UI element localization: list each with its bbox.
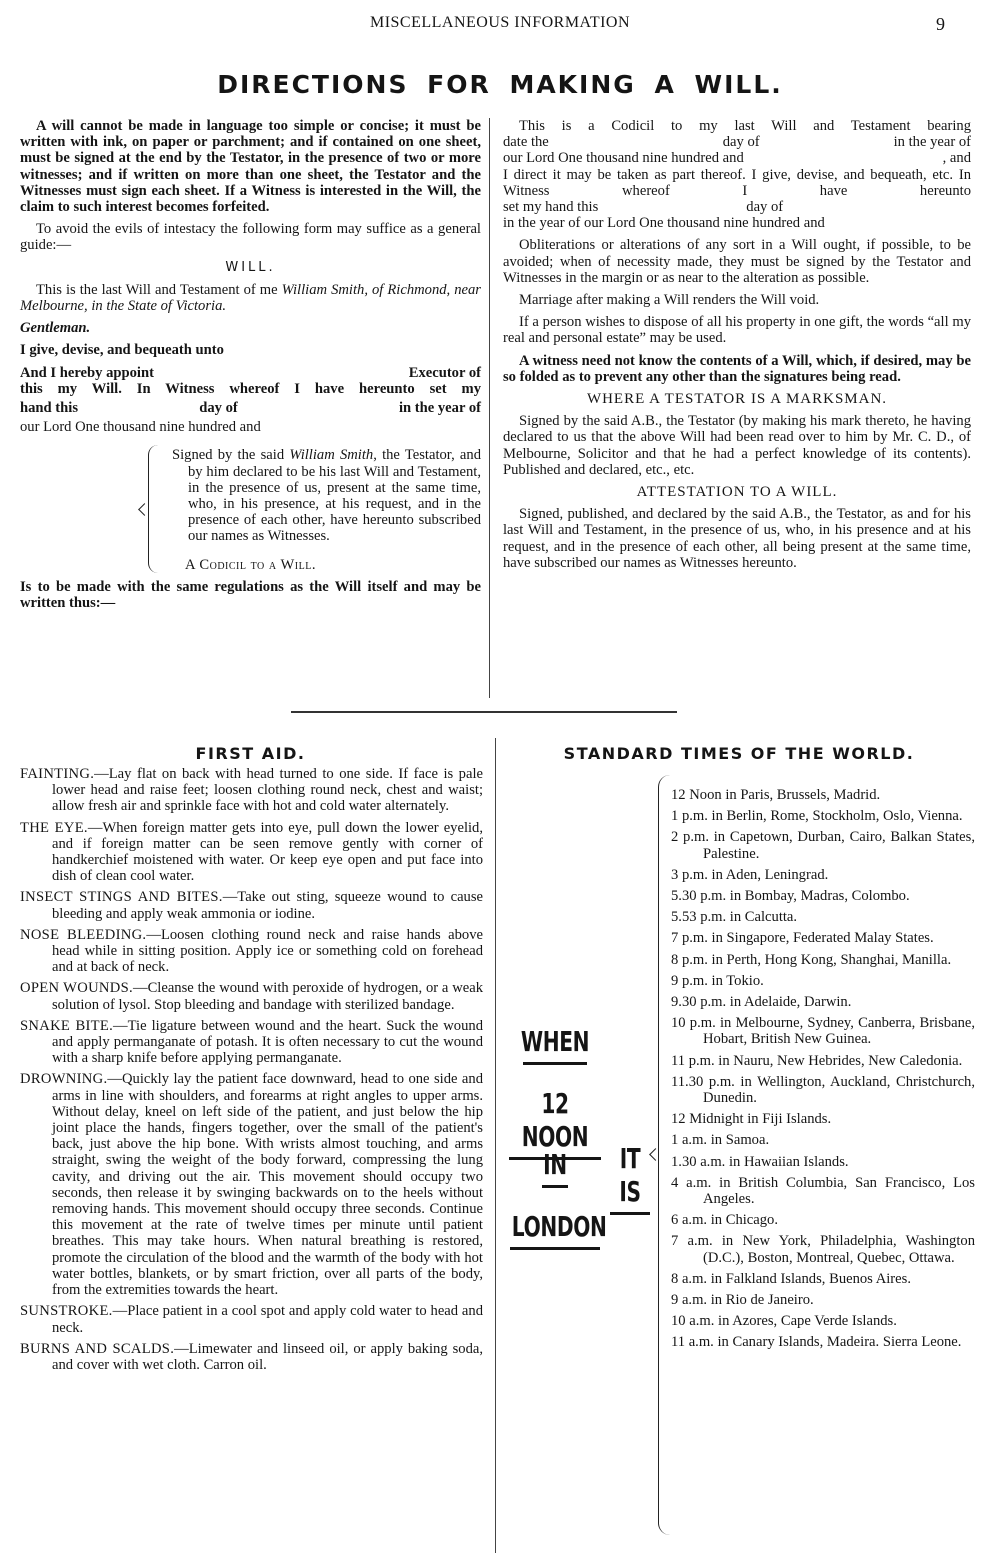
standard-time-entry: 1.30 a.m. in Hawaiian Islands. [671,1154,975,1170]
first-aid-entry-label: SUNSTROKE. [20,1303,113,1319]
running-head: MISCELLANEOUS INFORMATION [0,14,1000,32]
will-year-line: our Lord One thousand nine hundred and [20,419,481,435]
first-aid-entry-label: OPEN WOUNDS. [20,980,133,996]
standard-time-entry: 3 p.m. in Aden, Leningrad. [671,867,975,883]
codicil-date-b: day of [723,134,760,150]
lead-word-text: IN [512,1148,598,1181]
underline-rule [523,1062,587,1065]
codicil-year-line: our Lord One thousand nine hundred and ,… [503,150,971,166]
attestation-heading: ATTESTATION TO A WILL. [503,484,971,500]
it-is-text: IT IS [608,1142,651,1208]
will-section-title: DIRECTIONS FOR MAKING A WILL. [0,70,1000,99]
will-occupation: Gentleman. [20,320,481,336]
signed-plain-1: Signed by the said [172,447,289,463]
day-of-text: day of [199,400,238,416]
will-left-column: A will cannot be made in language too si… [20,118,481,617]
codicil-intro: Is to be made with the same regulations … [20,579,481,611]
standard-time-entry: 5.53 p.m. in Calcutta. [671,909,975,925]
standard-time-entry: 7 a.m. in New York, Philadelphia, Washin… [671,1233,975,1265]
first-aid-entry: SNAKE BITE.—Tie ligature between wound a… [20,1018,483,1067]
will-bequeath-line: I give, devise, and bequeath unto [20,342,481,358]
will-witness-line: this my Will. In Witness whereof I have … [20,381,481,397]
lead-word-text: 12 NOON [512,1087,598,1153]
section-divider-rule [291,711,677,713]
occupation-italic: Gentleman. [20,320,90,336]
appoint-left-text: And I hereby appoint [20,365,154,381]
first-aid-entry-label: SNAKE BITE. [20,1018,113,1034]
underline-rule [542,1185,568,1188]
codicil-form: This is a Codicil to my last Will and Te… [503,118,971,231]
standard-time-entry: 10 p.m. in Melbourne, Sydney, Canberra, … [671,1015,975,1047]
appoint-right-text: Executor of [409,365,481,381]
standard-time-entry: 4 a.m. in British Columbia, San Francisc… [671,1175,975,1207]
first-aid-entry-text: —Lay flat on back with head turned to on… [52,766,483,814]
standard-time-entry: 8 p.m. in Perth, Hong Kong, Shanghai, Ma… [671,952,975,968]
codicil-hand-b: day of [746,199,783,215]
first-aid-entry-label: DROWNING. [20,1071,107,1087]
will-form-opening-plain: This is the last Will and Testament of m… [36,282,282,298]
first-aid-title: FIRST AID. [20,744,481,763]
will-intro-paragraph: A will cannot be made in language too si… [20,118,481,215]
hand-this-text: hand this [20,400,78,416]
signature-attestation-text: Signed by the said William Smith, the Te… [172,447,481,544]
first-aid-entry: OPEN WOUNDS.—Cleanse the wound with pero… [20,980,483,1012]
first-aid-entry: BURNS AND SCALDS.—Limewater and linseed … [20,1341,483,1373]
standard-time-entry: 11 p.m. in Nauru, New Hebrides, New Cale… [671,1053,975,1069]
lead-word-text: WHEN [512,1025,598,1058]
year-of-text: in the year of [399,400,481,416]
will-appoint-block: And I hereby appoint Executor of this my… [20,365,481,436]
codicil-hand-a: set my hand this [503,199,598,215]
standard-time-entry: 9 a.m. in Rio de Janeiro. [671,1292,975,1308]
standard-time-entry: 5.30 p.m. in Bombay, Madras, Colombo. [671,888,975,904]
codicil-year-a: our Lord One thousand nine hundred and [503,150,744,166]
underline-rule [610,1212,650,1215]
first-aid-entry-label: FAINTING. [20,766,94,782]
standard-time-entry: 1 a.m. in Samoa. [671,1132,975,1148]
standard-time-entry: 10 a.m. in Azores, Cape Verde Islands. [671,1313,975,1329]
standard-time-entry: 9.30 p.m. in Adelaide, Darwin. [671,994,975,1010]
first-aid-entry-label: BURNS AND SCALDS. [20,1341,174,1357]
signed-name-italic: William Smith [289,447,373,463]
marriage-paragraph: Marriage after making a Will renders the… [503,292,971,308]
first-aid-entry-label: INSECT STINGS AND BITES. [20,889,223,905]
will-form-heading: WILL. [20,260,481,276]
first-aid-entry: THE EYE.—When foreign matter gets into e… [20,820,483,885]
lead-word-london: LONDON [495,1210,615,1250]
codicil-form-rest: I direct it may be taken as part thereof… [503,167,971,199]
underline-rule [510,1247,600,1250]
standard-time-entry: 7 p.m. in Singapore, Federated Malay Sta… [671,930,975,946]
standard-time-entry: 2 p.m. in Capetown, Durban, Cairo, Balka… [671,829,975,861]
codicil-date-line: date the day of in the year of [503,134,971,150]
codicil-final-line: in the year of our Lord One thousand nin… [503,215,971,231]
lead-word-when: WHEN [495,1025,615,1065]
lead-word-in: IN [495,1148,615,1188]
lead-word-text: LONDON [512,1210,598,1243]
codicil-date-c: in the year of [894,134,971,150]
will-hand-line: hand this day of in the year of [20,400,481,416]
marksman-heading: WHERE A TESTATOR IS A MARKSMAN. [503,391,971,407]
first-aid-entry-text: —Place patient in a cool spot and apply … [52,1303,483,1335]
first-aid-entry-text: —Tie ligature between wound and the hear… [52,1018,483,1066]
will-appoint-line: And I hereby appoint Executor of [20,365,481,381]
codicil-heading: A Codicil to a Will. [20,557,481,573]
codicil-hand-line: set my hand this day of [503,199,971,215]
attestation-text: Signed, published, and declared by the s… [503,506,971,571]
standard-times-list: 12 Noon in Paris, Brussels, Madrid.1 p.m… [671,787,975,1356]
first-aid-entry-label: NOSE BLEEDING. [20,927,146,943]
marksman-text: Signed by the said A.B., the Testator (b… [503,413,971,478]
standard-time-entry: 8 a.m. in Falkland Islands, Buenos Aires… [671,1271,975,1287]
first-aid-entry: DROWNING.—Quickly lay the patient face d… [20,1071,483,1298]
first-aid-entry-label: THE EYE. [20,820,88,836]
standard-time-entry: 11 a.m. in Canary Islands, Madeira. Sier… [671,1334,975,1350]
standard-time-entry: 11.30 p.m. in Wellington, Auckland, Chri… [671,1074,975,1106]
first-aid-entry: NOSE BLEEDING.—Loosen clothing round nec… [20,927,483,976]
first-aid-entry: SUNSTROKE.—Place patient in a cool spot … [20,1303,483,1335]
first-aid-entry: INSECT STINGS AND BITES.—Take out sting,… [20,889,483,921]
page-number: 9 [936,14,945,35]
will-form-opening: This is the last Will and Testament of m… [20,282,481,314]
codicil-year-b: , and [943,150,971,166]
will-guide-paragraph: To avoid the evils of intestacy the foll… [20,221,481,253]
standard-time-entry: 1 p.m. in Berlin, Rome, Stockholm, Oslo,… [671,808,975,824]
one-gift-paragraph: If a person wishes to dispose of all his… [503,314,971,346]
first-aid-entry-text: —Quickly lay the patient face downward, … [52,1071,483,1298]
signature-attestation-block: Signed by the said William Smith, the Te… [20,447,481,544]
first-aid-entry: FAINTING.—Lay flat on back with head tur… [20,766,483,815]
standard-time-entry: 12 Midnight in Fiji Islands. [671,1111,975,1127]
obliterations-paragraph: Obliterations or alterations of any sort… [503,237,971,286]
standard-time-entry: 9 p.m. in Tokio. [671,973,975,989]
column-divider-top [489,118,490,698]
will-right-column: This is a Codicil to my last Will and Te… [503,118,971,577]
first-aid-list: FAINTING.—Lay flat on back with head tur… [20,766,483,1378]
standard-times-title: STANDARD TIMES OF THE WORLD. [503,744,975,763]
standard-time-entry: 6 a.m. in Chicago. [671,1212,975,1228]
codicil-date-a: date the [503,134,549,150]
standard-time-entry: 12 Noon in Paris, Brussels, Madrid. [671,787,975,803]
witness-contents-paragraph: A witness need not know the contents of … [503,353,971,385]
codicil-line-1: This is a Codicil to my last Will and Te… [503,118,971,134]
first-aid-entry-text: —When foreign matter gets into eye, pull… [52,820,483,885]
